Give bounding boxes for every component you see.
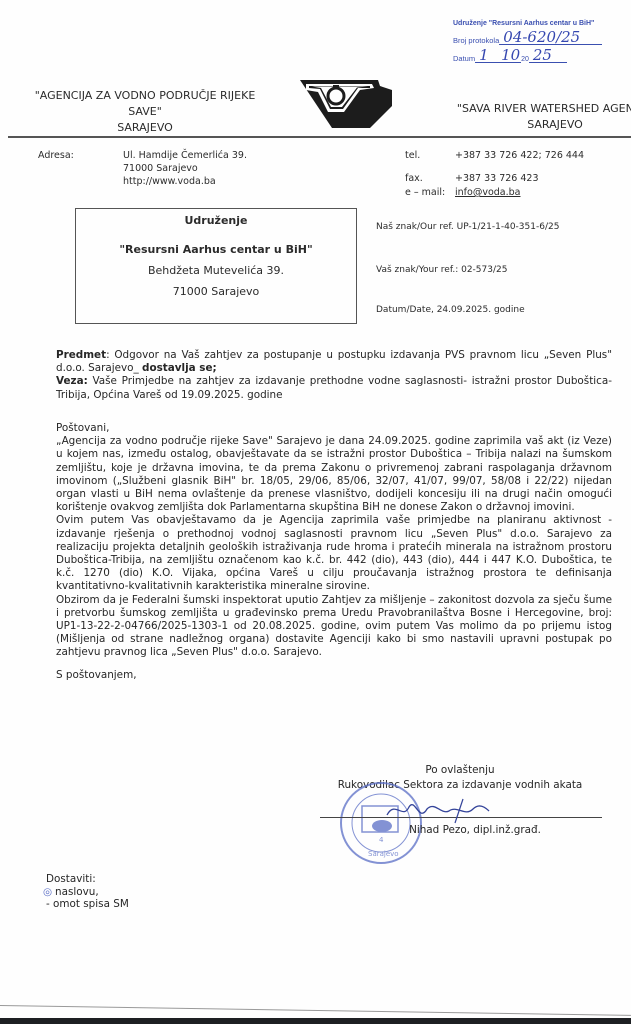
closing: S poštovanjem, — [56, 669, 612, 682]
recipient-box: Udruženje "Resursni Aarhus centar u BiH"… — [75, 208, 357, 324]
stamp-protocol-number: 04-620/25 — [499, 30, 602, 45]
stamp-date-label: Datum — [453, 54, 475, 63]
handwritten-mark-icon: ◎ — [43, 886, 52, 899]
agency-logo-icon — [300, 72, 400, 134]
stamp-protocol-row: Broj protokola 04-620/25 — [453, 30, 628, 45]
letter-body: Poštovani, „Agencija za vodno područje r… — [56, 422, 612, 682]
our-reference: Naš znak/Our ref. UP-1/21-1-40-351-6/25 — [376, 222, 559, 232]
subject-text: : Odgovor na Vaš zahtjev za postupanje u… — [56, 349, 612, 374]
header-divider — [8, 136, 631, 138]
your-reference: Vaš znak/Your ref.: 02-573/25 — [376, 265, 507, 275]
letterhead-right: "SAVA RIVER WATERSHED AGENCY" SARAJEVO — [455, 101, 631, 133]
document-date: Datum/Date, 24.09.2025. godine — [376, 305, 525, 315]
connection-label: Veza: — [56, 375, 88, 387]
agency-city-local: SARAJEVO — [20, 120, 270, 136]
website-link[interactable]: http://www.voda.ba — [123, 175, 247, 188]
stamp-date-year: 25 — [529, 48, 567, 63]
subject-emphasis: dostavlja se; — [142, 362, 217, 374]
fax-label: fax. — [405, 172, 423, 185]
signature-position: Rukovodilac Sektora za izdavanje vodnih … — [290, 779, 630, 792]
distribution-item: - omot spisa SM — [46, 898, 129, 911]
body-paragraph: Obzirom da je Federalni šumski inspektor… — [56, 594, 612, 660]
address-street: Ul. Hamdije Čemerlića 39. — [123, 149, 247, 162]
agency-name-english: "SAVA RIVER WATERSHED AGENCY" — [455, 101, 631, 117]
agency-name-local: "AGENCIJA ZA VODNO PODRUČJE RIJEKE SAVE" — [20, 88, 270, 120]
salutation: Poštovani, — [56, 422, 612, 435]
tel-label: tel. — [405, 149, 420, 162]
fax-value: +387 33 726 423 — [455, 172, 539, 185]
seal-city: Sarajevo — [368, 850, 399, 858]
stamp-date-year-prefix: 20 — [521, 56, 529, 63]
connection-text: Vaše Primjedbe na zahtjev za izdavanje p… — [56, 375, 612, 400]
received-stamp: Udruženje "Resursni Aarhus centar u BiH"… — [453, 20, 628, 63]
recipient-line-1: Udruženje — [76, 214, 356, 227]
stamp-protocol-label: Broj protokola — [453, 36, 499, 45]
recipient-city: 71000 Sarajevo — [76, 285, 356, 298]
signatory-name: Nihad Pezo, dipl.inž.građ. — [350, 824, 600, 837]
address-label: Adresa: — [38, 149, 74, 162]
stamp-date-row: Datum 1 10 20 25 — [453, 48, 628, 63]
stamp-organization: Udruženje "Resursni Aarhus centar u BiH" — [453, 20, 628, 27]
address-block: Ul. Hamdije Čemerlića 39. 71000 Sarajevo… — [123, 149, 247, 188]
email-link[interactable]: info@voda.ba — [455, 186, 520, 199]
distribution-label: Dostaviti: — [46, 873, 129, 886]
stamp-date-month: 10 — [497, 48, 521, 63]
distribution-block: Dostaviti: ◎ naslovu, - omot spisa SM — [46, 873, 129, 911]
page-edge — [0, 1005, 631, 1016]
tel-value: +387 33 726 422; 726 444 — [455, 149, 584, 162]
subject-block: Predmet: Odgovor na Vaš zahtjev za postu… — [56, 349, 612, 402]
stamp-date-day: 1 — [475, 48, 497, 63]
recipient-organization: "Resursni Aarhus centar u BiH" — [76, 243, 356, 256]
address-city: 71000 Sarajevo — [123, 162, 247, 175]
recipient-street: Behdžeta Mutevelića 39. — [76, 264, 356, 277]
signature-authority: Po ovlaštenju — [290, 764, 630, 777]
body-paragraph: Ovim putem Vas obavještavamo da je Agenc… — [56, 514, 612, 593]
background-surface — [0, 1018, 631, 1024]
distribution-item: naslovu, — [55, 886, 99, 898]
subject-label: Predmet — [56, 349, 106, 361]
email-label: e – mail: — [405, 186, 445, 199]
agency-city-english: SARAJEVO — [455, 117, 631, 133]
seal-number: 4 — [379, 836, 384, 844]
body-paragraph: „Agencija za vodno područje rijeke Save"… — [56, 435, 612, 514]
letterhead-left: "AGENCIJA ZA VODNO PODRUČJE RIJEKE SAVE"… — [20, 88, 270, 136]
